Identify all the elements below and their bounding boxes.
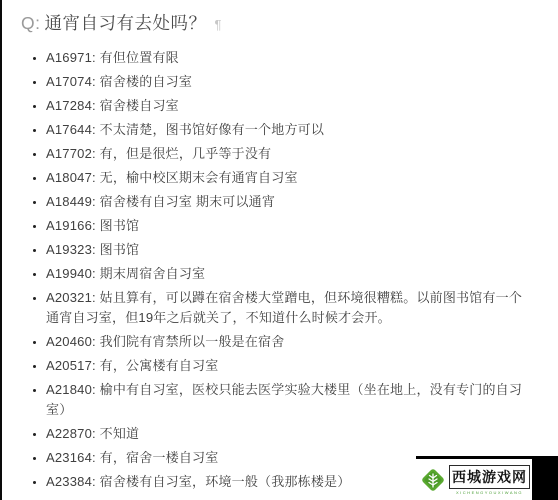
answer-id: A20460: (46, 334, 100, 349)
answer-text: 图书馆 (100, 242, 140, 257)
answer-item: A18047: 无，榆中校区期末会有通宵自习室 (46, 168, 533, 188)
answer-text: 宿舍楼自习室 (100, 98, 179, 113)
answer-id: A19940: (46, 266, 100, 281)
answer-text: 我们院有宵禁所以一般是在宿舍 (100, 334, 285, 349)
answer-text: 宿舍楼有自习室 期末可以通宵 (100, 194, 275, 209)
watermark: 西城游戏网 XICHENGYOUXIWANG (416, 456, 558, 500)
watermark-corner-block (532, 459, 558, 500)
answer-item: A16971: 有但位置有限 (46, 48, 533, 68)
answer-id: A23164: (46, 450, 100, 465)
answer-id: A17284: (46, 98, 100, 113)
watermark-site-name: 西城游戏网 (449, 465, 530, 489)
answer-id: A22870: (46, 426, 100, 441)
answer-id: A16971: (46, 50, 100, 65)
answer-id: A17702: (46, 146, 100, 161)
answer-item: A20517: 有，公寓楼有自习室 (46, 356, 533, 376)
watermark-text-column: 西城游戏网 XICHENGYOUXIWANG (449, 465, 530, 495)
answer-item: A17644: 不太清楚，图书馆好像有一个地方可以 (46, 120, 533, 140)
answer-text: 姑且算有，可以蹲在宿舍楼大堂蹭电，但环境很糟糕。以前图书馆有一个通宵自习室，但1… (46, 290, 522, 325)
answer-text: 有但位置有限 (100, 50, 179, 65)
paragraph-mark-icon: ¶ (214, 17, 221, 32)
watermark-panel: 西城游戏网 XICHENGYOUXIWANG (416, 459, 532, 500)
answer-id: A20321: (46, 290, 100, 305)
answer-id: A20517: (46, 358, 100, 373)
answer-text: 榆中有自习室，医校只能去医学实验大楼里（坐在地上，没有专门的自习室） (46, 382, 522, 417)
question-title: Q:通宵自习有去处吗？¶ (0, 0, 558, 35)
question-prefix: Q: (21, 13, 40, 33)
answer-item: A22870: 不知道 (46, 424, 533, 444)
document-page: Q:通宵自习有去处吗？¶ A16971: 有但位置有限A17074: 宿舍楼的自… (0, 0, 558, 500)
answer-item: A18449: 宿舍楼有自习室 期末可以通宵 (46, 192, 533, 212)
answer-id: A23384: (46, 474, 100, 489)
answer-item: A19166: 图书馆 (46, 216, 533, 236)
answer-item: A20460: 我们院有宵禁所以一般是在宿舍 (46, 332, 533, 352)
answer-text: 不知道 (100, 426, 140, 441)
answer-id: A18449: (46, 194, 100, 209)
answer-text: 有，公寓楼有自习室 (100, 358, 219, 373)
answer-text: 宿舍楼的自习室 (100, 74, 192, 89)
question-text: 通宵自习有去处吗？ (44, 13, 206, 33)
wheat-emblem-icon (419, 466, 447, 494)
answer-item: A17074: 宿舍楼的自习室 (46, 72, 533, 92)
answer-text: 无，榆中校区期末会有通宵自习室 (100, 170, 298, 185)
answer-id: A17644: (46, 122, 100, 137)
answer-id: A18047: (46, 170, 100, 185)
answer-id: A19166: (46, 218, 100, 233)
answer-item: A20321: 姑且算有，可以蹲在宿舍楼大堂蹭电，但环境很糟糕。以前图书馆有一个… (46, 288, 533, 328)
answer-text: 宿舍楼有自习室，环境一般（我那栋楼是） (100, 474, 351, 489)
answer-list: A16971: 有但位置有限A17074: 宿舍楼的自习室A17284: 宿舍楼… (0, 48, 558, 492)
answer-item: A19323: 图书馆 (46, 240, 533, 260)
answer-text: 有，宿舍一楼自习室 (100, 450, 219, 465)
answer-item: A21840: 榆中有自习室，医校只能去医学实验大楼里（坐在地上，没有专门的自习… (46, 380, 533, 420)
answer-text: 不太清楚，图书馆好像有一个地方可以 (100, 122, 324, 137)
watermark-tagline: XICHENGYOUXIWANG (456, 490, 523, 495)
left-border (0, 0, 2, 500)
answer-id: A17074: (46, 74, 100, 89)
answer-text: 有，但是很烂，几乎等于没有 (100, 146, 272, 161)
answer-id: A21840: (46, 382, 100, 397)
answer-item: A17284: 宿舍楼自习室 (46, 96, 533, 116)
answer-id: A19323: (46, 242, 100, 257)
answer-item: A17702: 有，但是很烂，几乎等于没有 (46, 144, 533, 164)
answer-text: 期末周宿舍自习室 (100, 266, 206, 281)
answer-text: 图书馆 (100, 218, 140, 233)
answer-item: A19940: 期末周宿舍自习室 (46, 264, 533, 284)
